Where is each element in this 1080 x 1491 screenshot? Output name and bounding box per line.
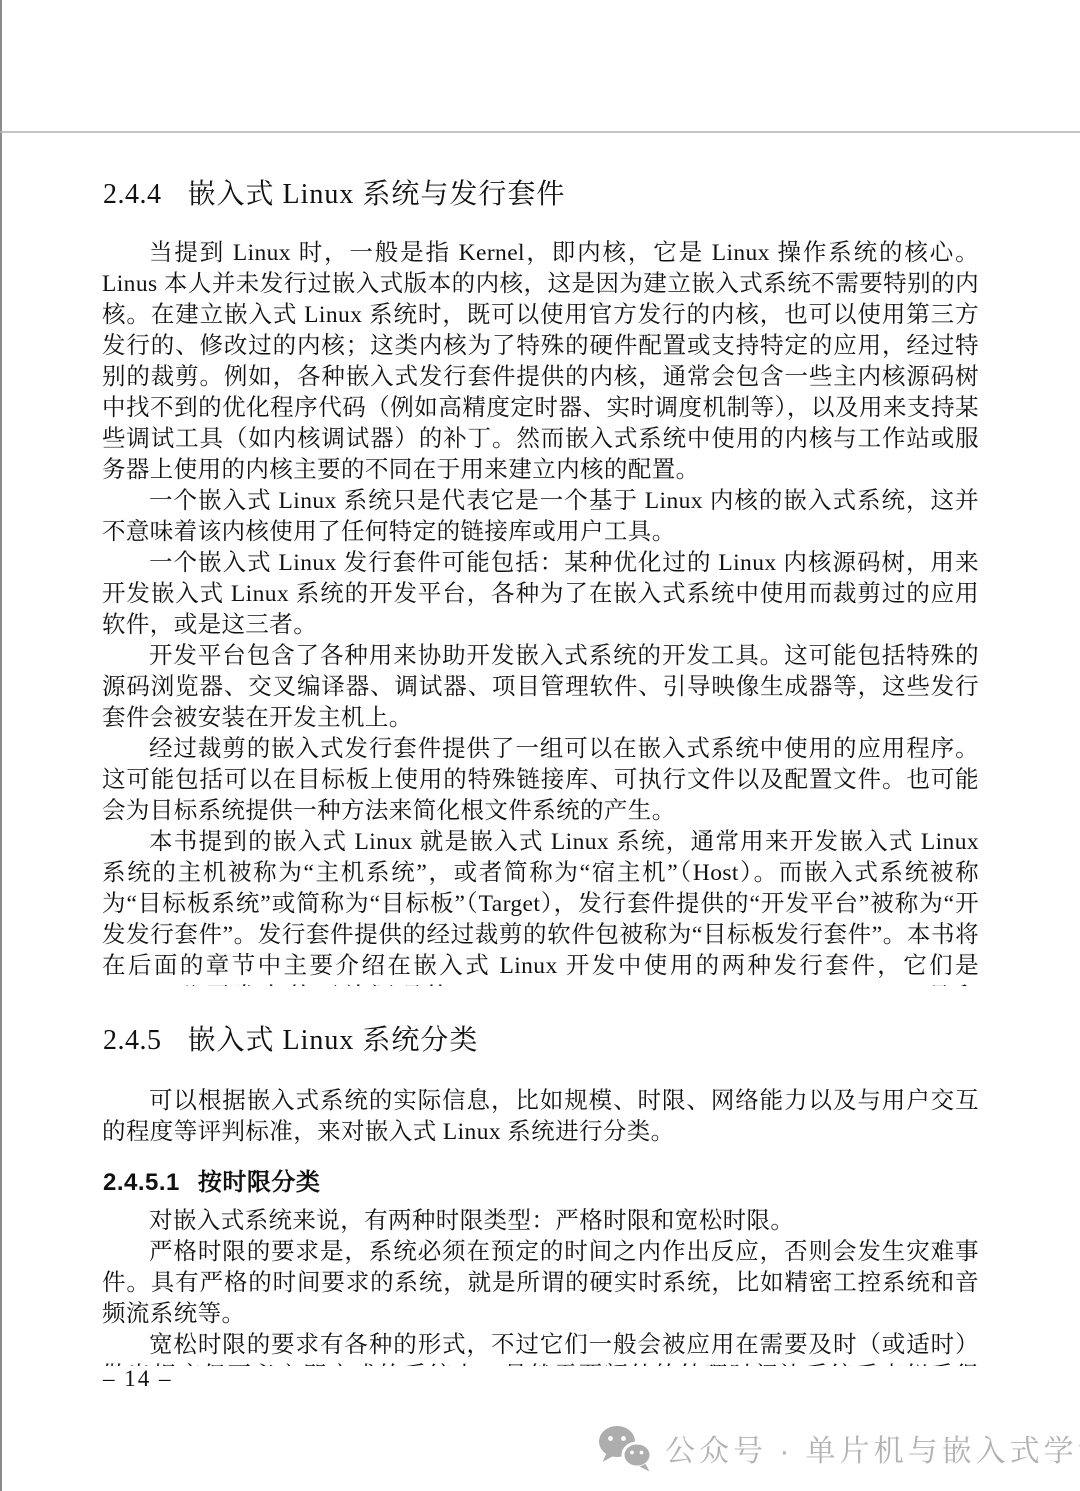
paragraph: 一个嵌入式 Linux 系统只是代表它是一个基于 Linux 内核的嵌入式系统，… [102, 486, 979, 548]
paragraph: 对嵌入式系统来说，有两种时限类型：严格时限和宽松时限。 [102, 1206, 979, 1237]
section-heading-2-4-5-1: 2.4.5.1按时限分类 [103, 1162, 320, 1197]
page-left-edge-rule [0, 0, 2, 1491]
paragraph: 经过裁剪的嵌入式发行套件提供了一组可以在嵌入式系统中使用的应用程序。这可能包括可… [102, 734, 979, 827]
paragraph: 一个嵌入式 Linux 发行套件可能包括：某种优化过的 Linux 内核源码树，… [102, 548, 979, 641]
section-number: 2.4.4 [103, 179, 162, 210]
footer-watermark: 公众号 · 单片机与嵌入式学堂 [597, 1424, 1080, 1472]
paragraph: 宽松时限的要求有各种的形式，不过它们一般会被应用在需要及时（或适时）做出相应但不… [102, 1330, 979, 1366]
paragraph: 严格时限的要求是，系统必须在预定的时间之内作出反应，否则会发生灾难事件。具有严格… [102, 1237, 979, 1330]
section-heading-2-4-5: 2.4.5嵌入式 Linux 系统分类 [103, 1018, 478, 1058]
section-heading-2-4-4: 2.4.4嵌入式 Linux 系统与发行套件 [103, 172, 565, 212]
section-2-4-4-body: 当提到 Linux 时，一般是指 Kernel，即内核，它是 Linux 操作系… [102, 238, 979, 986]
section-2-4-5-1-body: 对嵌入式系统来说，有两种时限类型：严格时限和宽松时限。 严格时限的要求是，系统必… [102, 1206, 979, 1366]
section-number: 2.4.5 [103, 1025, 162, 1056]
scan-hairline [0, 131, 1080, 133]
paragraph: 可以根据嵌入式系统的实际信息，比如规模、时限、网络能力以及与用户交互的程度等评判… [102, 1086, 979, 1148]
paragraph: 开发平台包含了各种用来协助开发嵌入式系统的开发工具。这可能包括特殊的源码浏览器、… [102, 641, 979, 734]
page-number: – 14 – [103, 1366, 173, 1392]
section-title: 按时限分类 [198, 1169, 321, 1196]
section-title: 嵌入式 Linux 系统分类 [188, 1025, 479, 1056]
paragraph: 当提到 Linux 时，一般是指 Kernel，即内核，它是 Linux 操作系… [102, 238, 979, 486]
watermark-text: 公众号 · 单片机与嵌入式学堂 [665, 1426, 1080, 1470]
paragraph: 本书提到的嵌入式 Linux 就是嵌入式 Linux 系统，通常用来开发嵌入式 … [102, 827, 979, 986]
section-2-4-5-body: 可以根据嵌入式系统的实际信息，比如规模、时限、网络能力以及与用户交互的程度等评判… [102, 1086, 979, 1156]
section-title: 嵌入式 Linux 系统与发行套件 [188, 179, 566, 210]
wechat-icon [597, 1424, 653, 1472]
section-number: 2.4.5.1 [103, 1169, 180, 1196]
scanned-book-page: { "document": { "sections": [ { "number"… [0, 0, 1080, 1491]
